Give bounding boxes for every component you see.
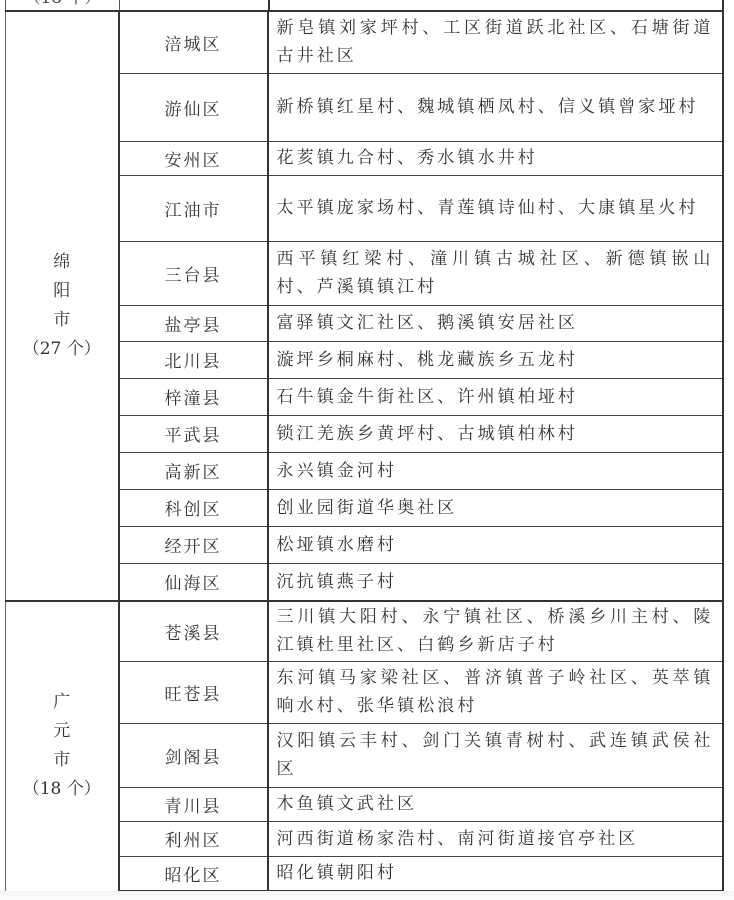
villages-cell: 西平镇红梁村、潼川镇古城社区、新德镇嵌山村、芦溪镇镇江村 [268,241,723,305]
city-cell: 绵阳市（27 个） [6,11,119,601]
previous-city-count: （18 个） [23,0,101,8]
villages-cell: 新皂镇刘家坪村、工区街道跃北社区、石塘街道古井社区 [268,11,723,73]
city-name-char: 市 [6,746,118,775]
villages-cell: 创业园街道华奥社区 [268,489,723,526]
villages-cell: 永兴镇金河村 [268,452,723,489]
table-row: 广元市（18 个）苍溪县三川镇大阳村、永宁镇社区、桥溪乡川主村、陵江镇杜里社区、… [6,601,723,661]
county-cell: 昭化区 [119,856,268,891]
villages-cell: 富驿镇文汇社区、鹅溪镇安居社区 [268,305,723,341]
county-cell: 科创区 [119,489,268,526]
city-name-char: 市 [6,306,118,335]
city-name-char: 阳 [6,277,118,306]
city-name-char: 广 [6,688,118,717]
county-cell: 经开区 [119,526,268,563]
county-cell: 旺苍县 [119,661,268,723]
villages-cell: 东河镇马家梁社区、普济镇普子岭社区、英萃镇响水村、张华镇松浪村 [268,661,723,723]
page-bottom-edge [0,891,734,900]
previous-county-cell [119,0,270,10]
city-cell: 广元市（18 个） [6,601,119,891]
county-cell: 涪城区 [119,11,268,73]
villages-cell: 木鱼镇文武社区 [268,787,723,821]
county-cell: 青川县 [119,787,268,821]
previous-group-cutoff-row: （18 个） [5,0,724,10]
county-cell: 平武县 [119,415,268,452]
city-count: （18 个） [6,775,118,804]
county-cell: 高新区 [119,452,268,489]
villages-cell: 松垭镇水磨村 [268,526,723,563]
document-page: （18 个） 绵阳市（27 个）涪城区新皂镇刘家坪村、工区街道跃北社区、石塘街道… [0,0,734,900]
county-cell: 剑阁县 [119,723,268,787]
villages-cell: 锁江羌族乡黄坪村、古城镇柏林村 [268,415,723,452]
villages-cell: 新桥镇红星村、魏城镇栖凤村、信义镇曾家垭村 [268,73,723,141]
city-name-char: 绵 [6,248,118,277]
county-cell: 三台县 [119,241,268,305]
table-body: 绵阳市（27 个）涪城区新皂镇刘家坪村、工区街道跃北社区、石塘街道古井社区游仙区… [6,11,723,891]
villages-cell: 河西街道杨家浩村、南河街道接官亭社区 [268,821,723,856]
villages-cell: 太平镇庞家场村、青莲镇诗仙村、大康镇星火村 [268,175,723,241]
county-cell: 苍溪县 [119,601,268,661]
villages-cell: 汉阳镇云丰村、剑门关镇青树村、武连镇武侯社区 [268,723,723,787]
villages-cell: 昭化镇朝阳村 [268,856,723,891]
county-cell: 利州区 [119,821,268,856]
villages-cell: 三川镇大阳村、永宁镇社区、桥溪乡川主村、陵江镇杜里社区、白鹤乡新店子村 [268,601,723,661]
villages-cell: 漩坪乡桐麻村、桃龙藏族乡五龙村 [268,341,723,378]
table-row: 绵阳市（27 个）涪城区新皂镇刘家坪村、工区街道跃北社区、石塘街道古井社区 [6,11,723,73]
county-cell: 北川县 [119,341,268,378]
village-list-table: 绵阳市（27 个）涪城区新皂镇刘家坪村、工区街道跃北社区、石塘街道古井社区游仙区… [5,10,724,892]
villages-cell: 花荄镇九合村、秀水镇水井村 [268,141,723,175]
county-cell: 安州区 [119,141,268,175]
county-cell: 梓潼县 [119,378,268,415]
city-name-char: 元 [6,717,118,746]
county-cell: 游仙区 [119,73,268,141]
villages-cell: 石牛镇金牛街社区、许州镇柏垭村 [268,378,723,415]
county-cell: 江油市 [119,175,268,241]
villages-cell: 沉抗镇燕子村 [268,563,723,601]
city-count: （27 个） [6,335,118,364]
county-cell: 仙海区 [119,563,268,601]
county-cell: 盐亭县 [119,305,268,341]
previous-city-cell: （18 个） [6,0,120,10]
